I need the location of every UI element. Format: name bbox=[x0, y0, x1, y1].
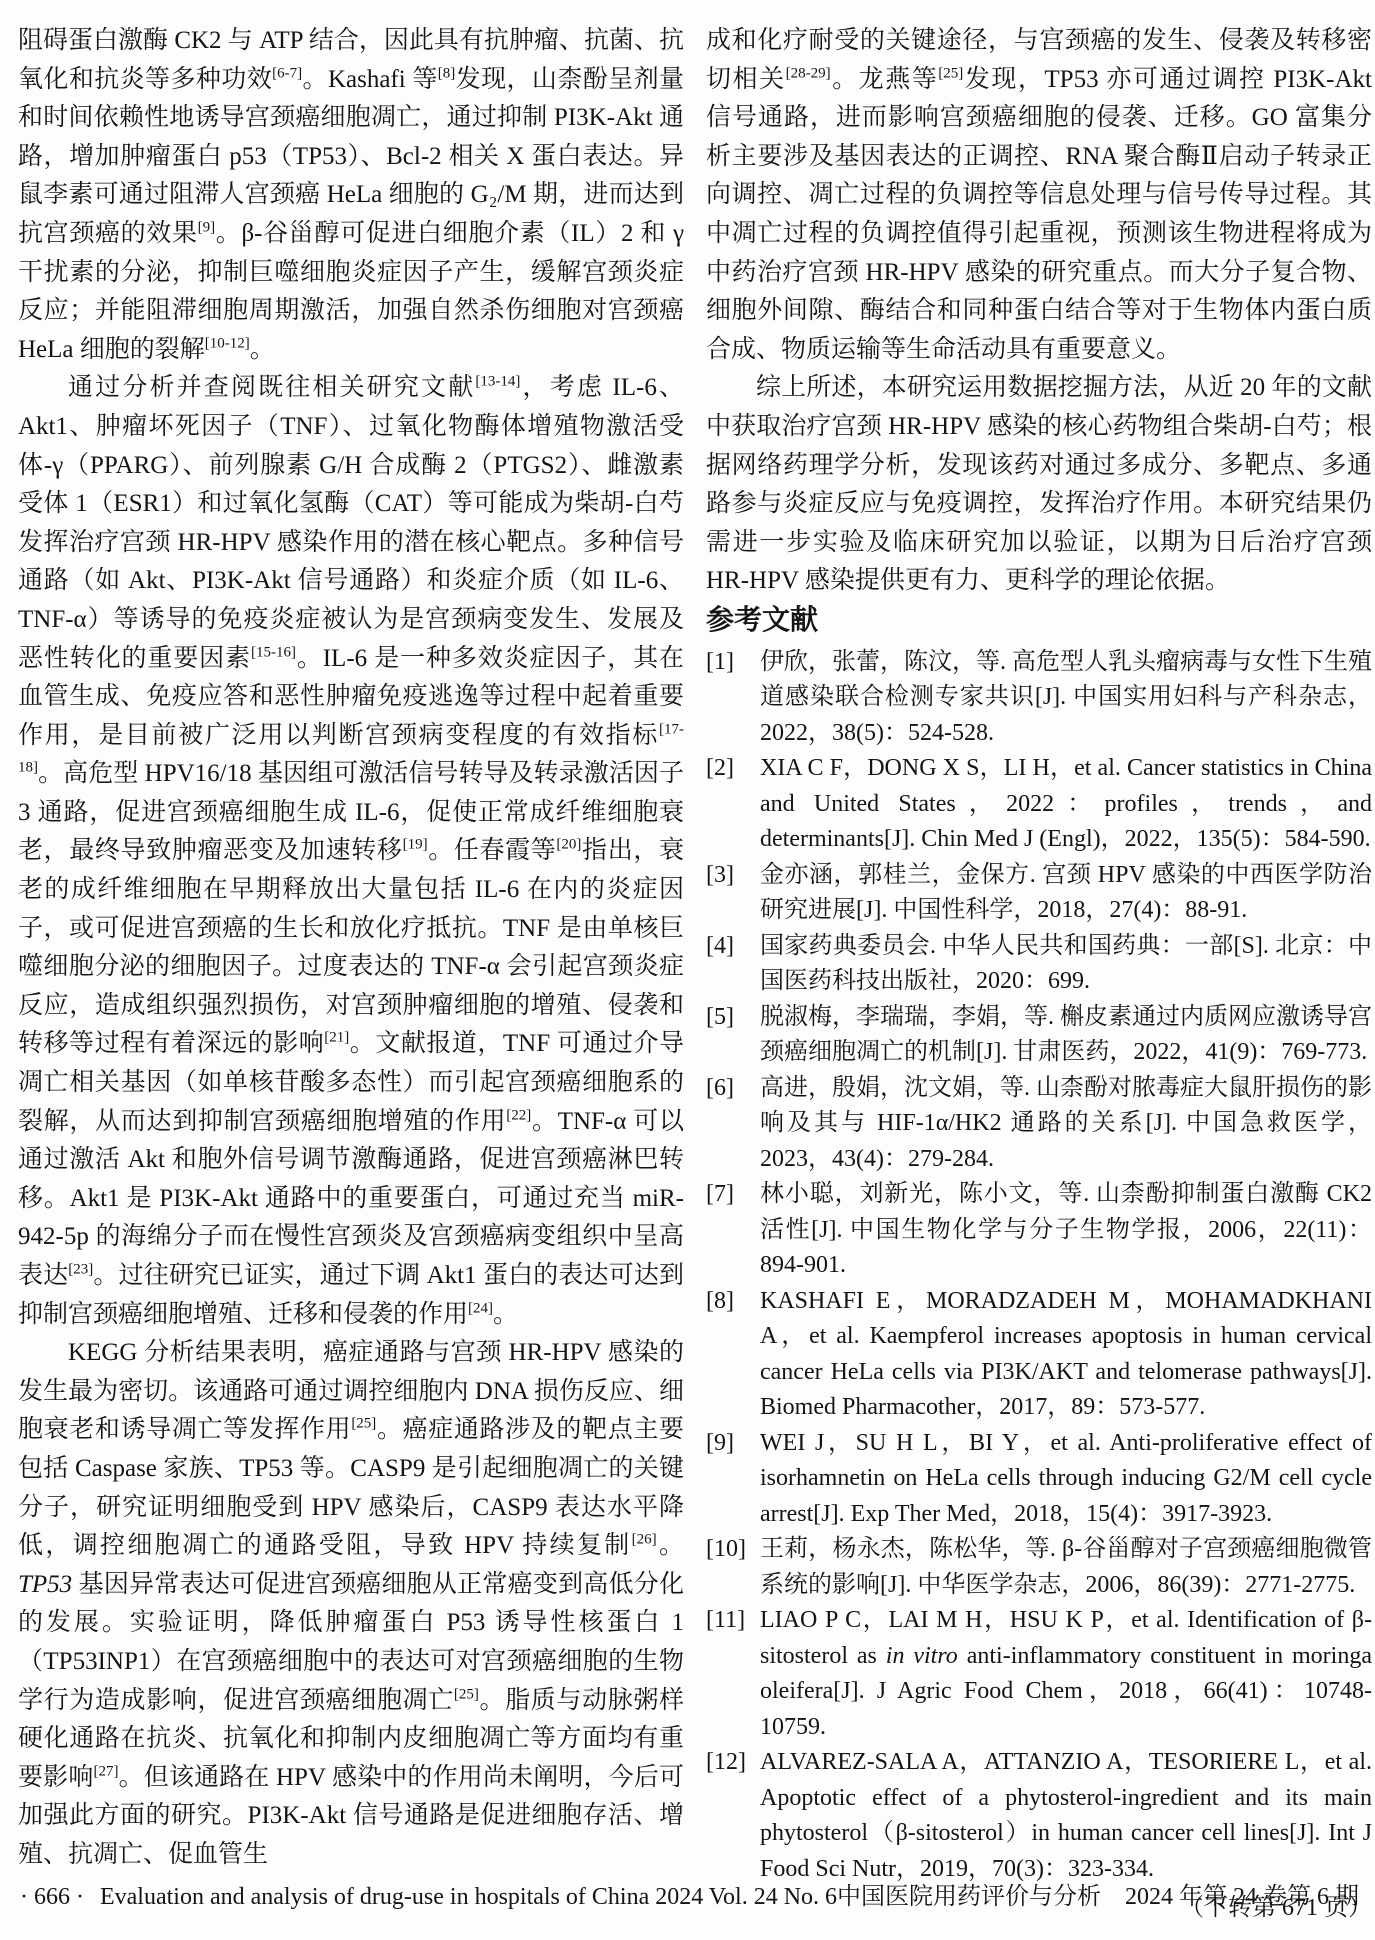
reference-number: [8] bbox=[706, 1284, 734, 1320]
reference-text: 脱淑梅，李瑞瑞，李娟，等. 槲皮素通过内质网应激诱导宫颈癌细胞凋亡的机制[J].… bbox=[760, 1004, 1372, 1066]
reference-text: 高进，殷娟，沈文娟，等. 山柰酚对脓毒症大鼠肝损伤的影响及其与 HIF-1α/H… bbox=[760, 1075, 1372, 1172]
reference-number: [7] bbox=[706, 1177, 734, 1213]
reference-number: [1] bbox=[706, 645, 734, 681]
reference-number: [6] bbox=[706, 1071, 734, 1107]
body-paragraph: 阻碍蛋白激酶 CK2 与 ATP 结合，因此具有抗肿瘤、抗菌、抗氧化和抗炎等多种… bbox=[18, 22, 684, 369]
reference-number: [11] bbox=[706, 1603, 745, 1639]
body-paragraph: 成和化疗耐受的关键途径，与宫颈癌的发生、侵袭及转移密切相关[28-29]。龙燕等… bbox=[706, 22, 1372, 369]
footer-left: · 666 · Evaluation and analysis of drug-… bbox=[20, 1882, 837, 1912]
reference-item: [2] XIA C F，DONG X S，LI H，et al. Cancer … bbox=[706, 751, 1372, 858]
reference-item: [1] 伊欣，张蕾，陈汶，等. 高危型人乳头瘤病毒与女性下生殖道感染联合检测专家… bbox=[706, 645, 1372, 752]
body-paragraph: 通过分析并查阅既往相关研究文献[13-14]，考虑 IL-6、Akt1、肿瘤坏死… bbox=[18, 369, 684, 1334]
reference-text: LIAO P C，LAI M H，HSU K P，et al. Identifi… bbox=[760, 1607, 1372, 1740]
journal-page: 阻碍蛋白激酶 CK2 与 ATP 结合，因此具有抗肿瘤、抗菌、抗氧化和抗炎等多种… bbox=[0, 0, 1375, 1940]
reference-text: WEI J，SU H L，BI Y，et al. Anti-proliferat… bbox=[760, 1430, 1372, 1527]
page-number: · 666 · bbox=[20, 1882, 84, 1912]
journal-title-cn: 中国医院用药评价与分析 2024 年第 24 卷第 6 期 bbox=[837, 1882, 1359, 1912]
reference-item: [5] 脱淑梅，李瑞瑞，李娟，等. 槲皮素通过内质网应激诱导宫颈癌细胞凋亡的机制… bbox=[706, 1000, 1372, 1071]
right-column: 成和化疗耐受的关键途径，与宫颈癌的发生、侵袭及转移密切相关[28-29]。龙燕等… bbox=[706, 22, 1372, 1927]
page-footer: · 666 · Evaluation and analysis of drug-… bbox=[20, 1882, 1357, 1912]
left-column: 阻碍蛋白激酶 CK2 与 ATP 结合，因此具有抗肿瘤、抗菌、抗氧化和抗炎等多种… bbox=[18, 22, 684, 1875]
reference-number: [5] bbox=[706, 1000, 734, 1036]
reference-number: [2] bbox=[706, 751, 734, 787]
reference-item: [6] 高进，殷娟，沈文娟，等. 山柰酚对脓毒症大鼠肝损伤的影响及其与 HIF-… bbox=[706, 1071, 1372, 1178]
reference-item: [4] 国家药典委员会. 中华人民共和国药典：一部[S]. 北京：中国医药科技出… bbox=[706, 929, 1372, 1000]
reference-item: [12] ALVAREZ-SALA A，ATTANZIO A，TESORIERE… bbox=[706, 1745, 1372, 1887]
references-list: [1] 伊欣，张蕾，陈汶，等. 高危型人乳头瘤病毒与女性下生殖道感染联合检测专家… bbox=[706, 645, 1372, 1888]
references-heading: 参考文献 bbox=[706, 604, 1372, 638]
reference-text: 王莉，杨永杰，陈松华，等. β-谷甾醇对子宫颈癌细胞微管系统的影响[J]. 中华… bbox=[760, 1536, 1372, 1598]
reference-text: 金亦涵，郭桂兰，金保方. 宫颈 HPV 感染的中西医学防治研究进展[J]. 中国… bbox=[760, 862, 1372, 924]
reference-item: [8] KASHAFI E，MORADZADEH M，MOHAMADKHANI … bbox=[706, 1284, 1372, 1426]
reference-text: XIA C F，DONG X S，LI H，et al. Cancer stat… bbox=[760, 755, 1372, 852]
reference-item: [7] 林小聪，刘新光，陈小文，等. 山柰酚抑制蛋白激酶 CK2 活性[J]. … bbox=[706, 1177, 1372, 1284]
reference-item: [10] 王莉，杨永杰，陈松华，等. β-谷甾醇对子宫颈癌细胞微管系统的影响[J… bbox=[706, 1532, 1372, 1603]
reference-item: [3] 金亦涵，郭桂兰，金保方. 宫颈 HPV 感染的中西医学防治研究进展[J]… bbox=[706, 858, 1372, 929]
body-paragraph: KEGG 分析结果表明，癌症通路与宫颈 HR-HPV 感染的发生最为密切。该通路… bbox=[18, 1334, 684, 1874]
reference-text: 国家药典委员会. 中华人民共和国药典：一部[S]. 北京：中国医药科技出版社，2… bbox=[760, 933, 1372, 995]
reference-number: [3] bbox=[706, 858, 734, 894]
body-paragraph: 综上所述，本研究运用数据挖掘方法，从近 20 年的文献中获取治疗宫颈 HR-HP… bbox=[706, 369, 1372, 601]
reference-item: [9] WEI J，SU H L，BI Y，et al. Anti-prolif… bbox=[706, 1426, 1372, 1533]
reference-number: [12] bbox=[706, 1745, 746, 1781]
reference-text: ALVAREZ-SALA A，ATTANZIO A，TESORIERE L，et… bbox=[760, 1749, 1372, 1882]
reference-text: 林小聪，刘新光，陈小文，等. 山柰酚抑制蛋白激酶 CK2 活性[J]. 中国生物… bbox=[760, 1181, 1372, 1278]
journal-title-en: Evaluation and analysis of drug-use in h… bbox=[100, 1882, 837, 1912]
reference-number: [4] bbox=[706, 929, 734, 965]
reference-item: [11] LIAO P C，LAI M H，HSU K P，et al. Ide… bbox=[706, 1603, 1372, 1745]
reference-text: KASHAFI E，MORADZADEH M，MOHAMADKHANI A，et… bbox=[760, 1288, 1372, 1421]
reference-text: 伊欣，张蕾，陈汶，等. 高危型人乳头瘤病毒与女性下生殖道感染联合检测专家共识[J… bbox=[760, 649, 1372, 746]
reference-number: [9] bbox=[706, 1426, 734, 1462]
reference-number: [10] bbox=[706, 1532, 746, 1568]
